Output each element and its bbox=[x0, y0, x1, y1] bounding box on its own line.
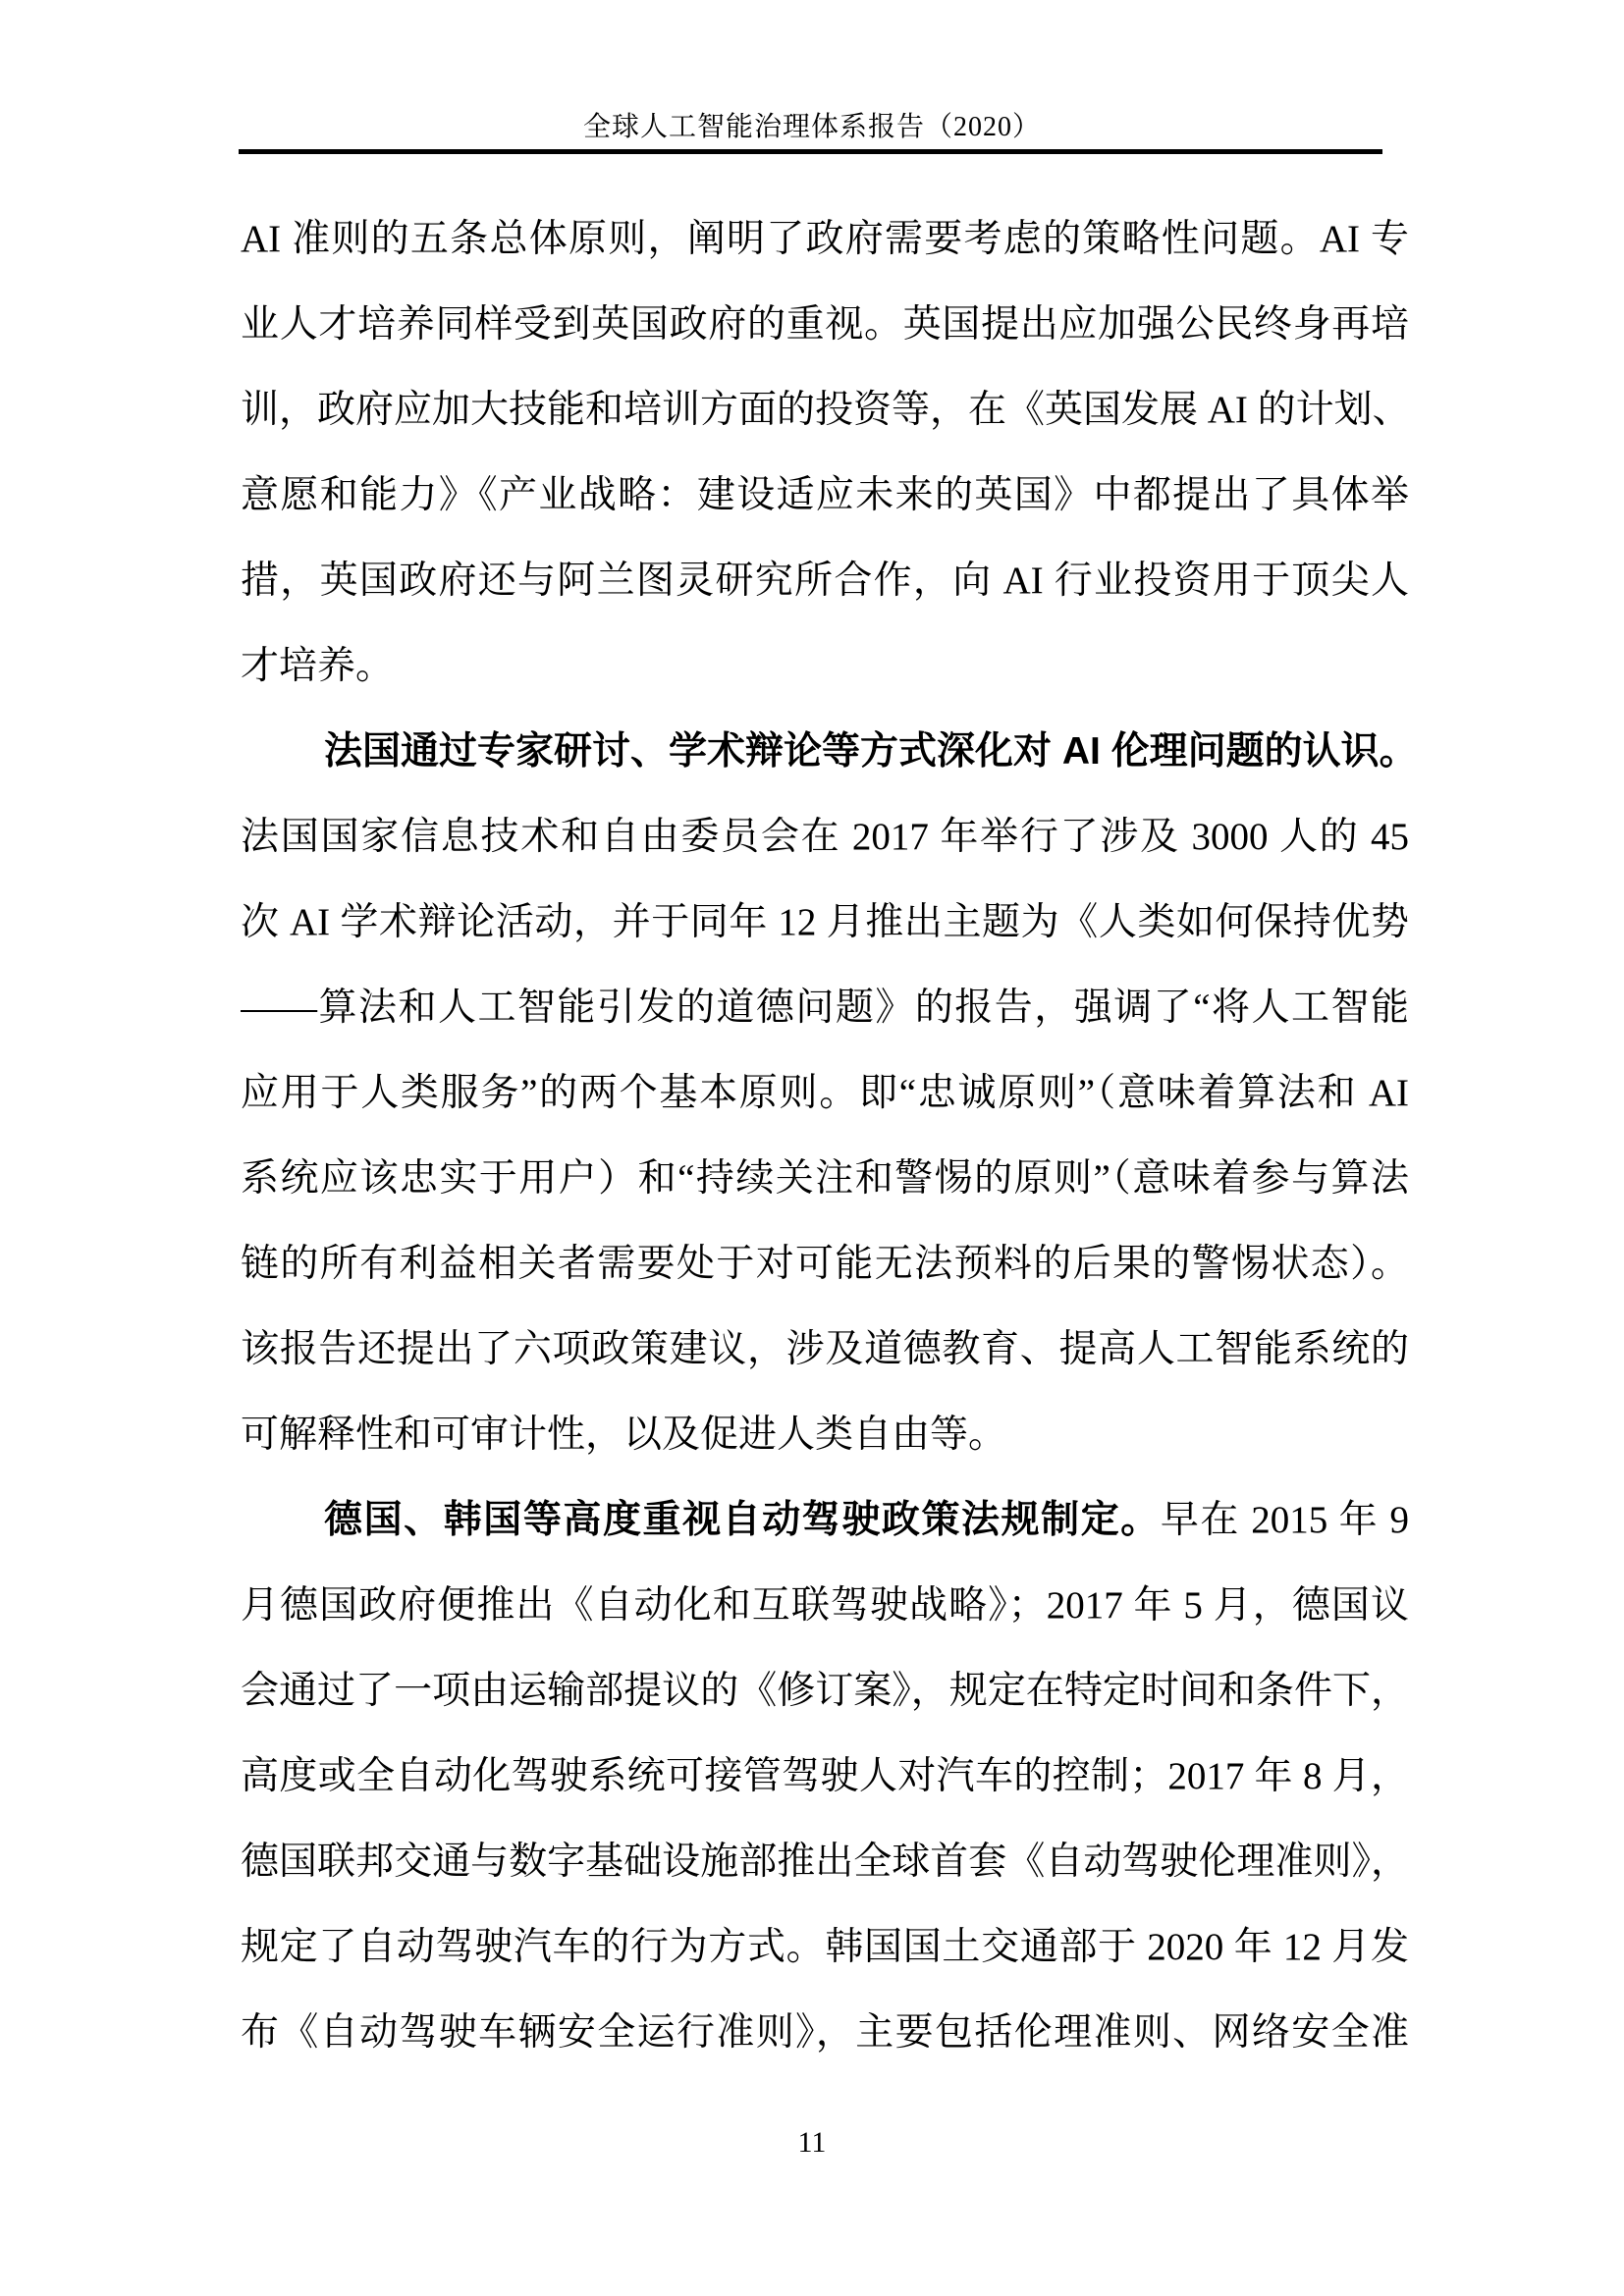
line-text: 早在 2015 年 9 bbox=[1161, 1499, 1409, 1541]
line-text: 规定了自动驾驶汽车的行为方式。韩国国土交通部于 2020 年 12 月发 bbox=[241, 1926, 1409, 1968]
body-line: 系统应该忠实于用户）和“持续关注和警惕的原则”（意味着参与算法 bbox=[241, 1136, 1409, 1221]
bold-lead: 德国、韩国等高度重视自动驾驶政策法规制定。 bbox=[324, 1499, 1161, 1541]
header-rule bbox=[239, 149, 1382, 154]
line-text: 次 AI 学术辩论活动，并于同年 12 月推出主题为《人类如何保持优势 bbox=[241, 901, 1409, 943]
line-text: 德国联邦交通与数字基础设施部推出全球首套《自动驾驶伦理准则》， bbox=[241, 1841, 1409, 1883]
body-text: AI 准则的五条总体原则，阐明了政府需要考虑的策略性问题。AI 专 业人才培养同… bbox=[241, 196, 1409, 2075]
line-text: 会通过了一项由运输部提议的《修订案》，规定在特定时间和条件下， bbox=[241, 1670, 1409, 1712]
body-line: 次 AI 学术辩论活动，并于同年 12 月推出主题为《人类如何保持优势 bbox=[241, 880, 1409, 965]
body-line: 月德国政府便推出《自动化和互联驾驶战略》；2017 年 5 月，德国议 bbox=[241, 1563, 1409, 1648]
line-text: 业人才培养同样受到英国政府的重视。英国提出应加强公民终身再培 bbox=[241, 303, 1409, 346]
body-line: ——算法和人工智能引发的道德问题》的报告，强调了“将人工智能 bbox=[241, 965, 1409, 1050]
document-page: 全球人工智能治理体系报告（2020） AI 准则的五条总体原则，阐明了政府需要考… bbox=[0, 0, 1624, 2296]
line-text: 应用于人类服务”的两个基本原则。即“忠诚原则”（意味着算法和 AI bbox=[241, 1072, 1409, 1114]
body-line: 业人才培养同样受到英国政府的重视。英国提出应加强公民终身再培 bbox=[241, 282, 1409, 367]
body-line: 链的所有利益相关者需要处于对可能无法预料的后果的警惕状态）。 bbox=[241, 1221, 1409, 1307]
body-line: AI 准则的五条总体原则，阐明了政府需要考虑的策略性问题。AI 专 bbox=[241, 196, 1409, 282]
body-line: 会通过了一项由运输部提议的《修订案》，规定在特定时间和条件下， bbox=[241, 1648, 1409, 1734]
line-text: ——算法和人工智能引发的道德问题》的报告，强调了“将人工智能 bbox=[241, 987, 1409, 1029]
line-text: 法国国家信息技术和自由委员会在 2017 年举行了涉及 3000 人的 45 bbox=[241, 816, 1409, 858]
body-line: 可解释性和可审计性，以及促进人类自由等。 bbox=[241, 1392, 1409, 1477]
line-text: 该报告还提出了六项政策建议，涉及道德教育、提高人工智能系统的 bbox=[241, 1328, 1409, 1370]
line-text: 可解释性和可审计性，以及促进人类自由等。 bbox=[241, 1414, 1006, 1456]
line-text: 意愿和能力》《产业战略：建设适应未来的英国》中都提出了具体举 bbox=[241, 474, 1409, 516]
line-text: 高度或全自动化驾驶系统可接管驾驶人对汽车的控制；2017 年 8 月， bbox=[241, 1755, 1409, 1797]
body-line: 该报告还提出了六项政策建议，涉及道德教育、提高人工智能系统的 bbox=[241, 1307, 1409, 1392]
body-line: 德国、韩国等高度重视自动驾驶政策法规制定。早在 2015 年 9 bbox=[241, 1477, 1409, 1563]
line-text: 链的所有利益相关者需要处于对可能无法预料的后果的警惕状态）。 bbox=[241, 1243, 1409, 1285]
body-line: 法国通过专家研讨、学术辩论等方式深化对 AI 伦理问题的认识。 bbox=[241, 709, 1409, 794]
body-line: 才培养。 bbox=[241, 623, 1409, 709]
line-text: AI 准则的五条总体原则，阐明了政府需要考虑的策略性问题。AI 专 bbox=[241, 218, 1409, 260]
line-text: 月德国政府便推出《自动化和互联驾驶战略》；2017 年 5 月，德国议 bbox=[241, 1584, 1409, 1627]
line-text: 措，英国政府还与阿兰图灵研究所合作，向 AI 行业投资用于顶尖人 bbox=[241, 560, 1409, 602]
page-number-footer: 11 bbox=[0, 2123, 1624, 2163]
body-line: 措，英国政府还与阿兰图灵研究所合作，向 AI 行业投资用于顶尖人 bbox=[241, 538, 1409, 623]
body-line: 应用于人类服务”的两个基本原则。即“忠诚原则”（意味着算法和 AI bbox=[241, 1050, 1409, 1136]
body-line: 规定了自动驾驶汽车的行为方式。韩国国土交通部于 2020 年 12 月发 bbox=[241, 1904, 1409, 1990]
bold-lead: 法国通过专家研讨、学术辩论等方式深化对 AI 伦理问题的认识。 bbox=[324, 730, 1409, 773]
page-header-title: 全球人工智能治理体系报告（2020） bbox=[0, 110, 1624, 145]
body-line: 意愿和能力》《产业战略：建设适应未来的英国》中都提出了具体举 bbox=[241, 453, 1409, 538]
body-line: 法国国家信息技术和自由委员会在 2017 年举行了涉及 3000 人的 45 bbox=[241, 794, 1409, 880]
line-text: 才培养。 bbox=[241, 645, 394, 687]
line-text: 训，政府应加大技能和培训方面的投资等，在《英国发展 AI 的计划、 bbox=[241, 389, 1409, 431]
body-line: 德国联邦交通与数字基础设施部推出全球首套《自动驾驶伦理准则》， bbox=[241, 1819, 1409, 1904]
body-line: 高度或全自动化驾驶系统可接管驾驶人对汽车的控制；2017 年 8 月， bbox=[241, 1734, 1409, 1819]
line-text: 布《自动驾驶车辆安全运行准则》，主要包括伦理准则、网络安全准 bbox=[241, 2011, 1409, 2054]
body-line: 布《自动驾驶车辆安全运行准则》，主要包括伦理准则、网络安全准 bbox=[241, 1990, 1409, 2075]
body-line: 训，政府应加大技能和培训方面的投资等，在《英国发展 AI 的计划、 bbox=[241, 367, 1409, 453]
line-text: 系统应该忠实于用户）和“持续关注和警惕的原则”（意味着参与算法 bbox=[241, 1157, 1409, 1200]
